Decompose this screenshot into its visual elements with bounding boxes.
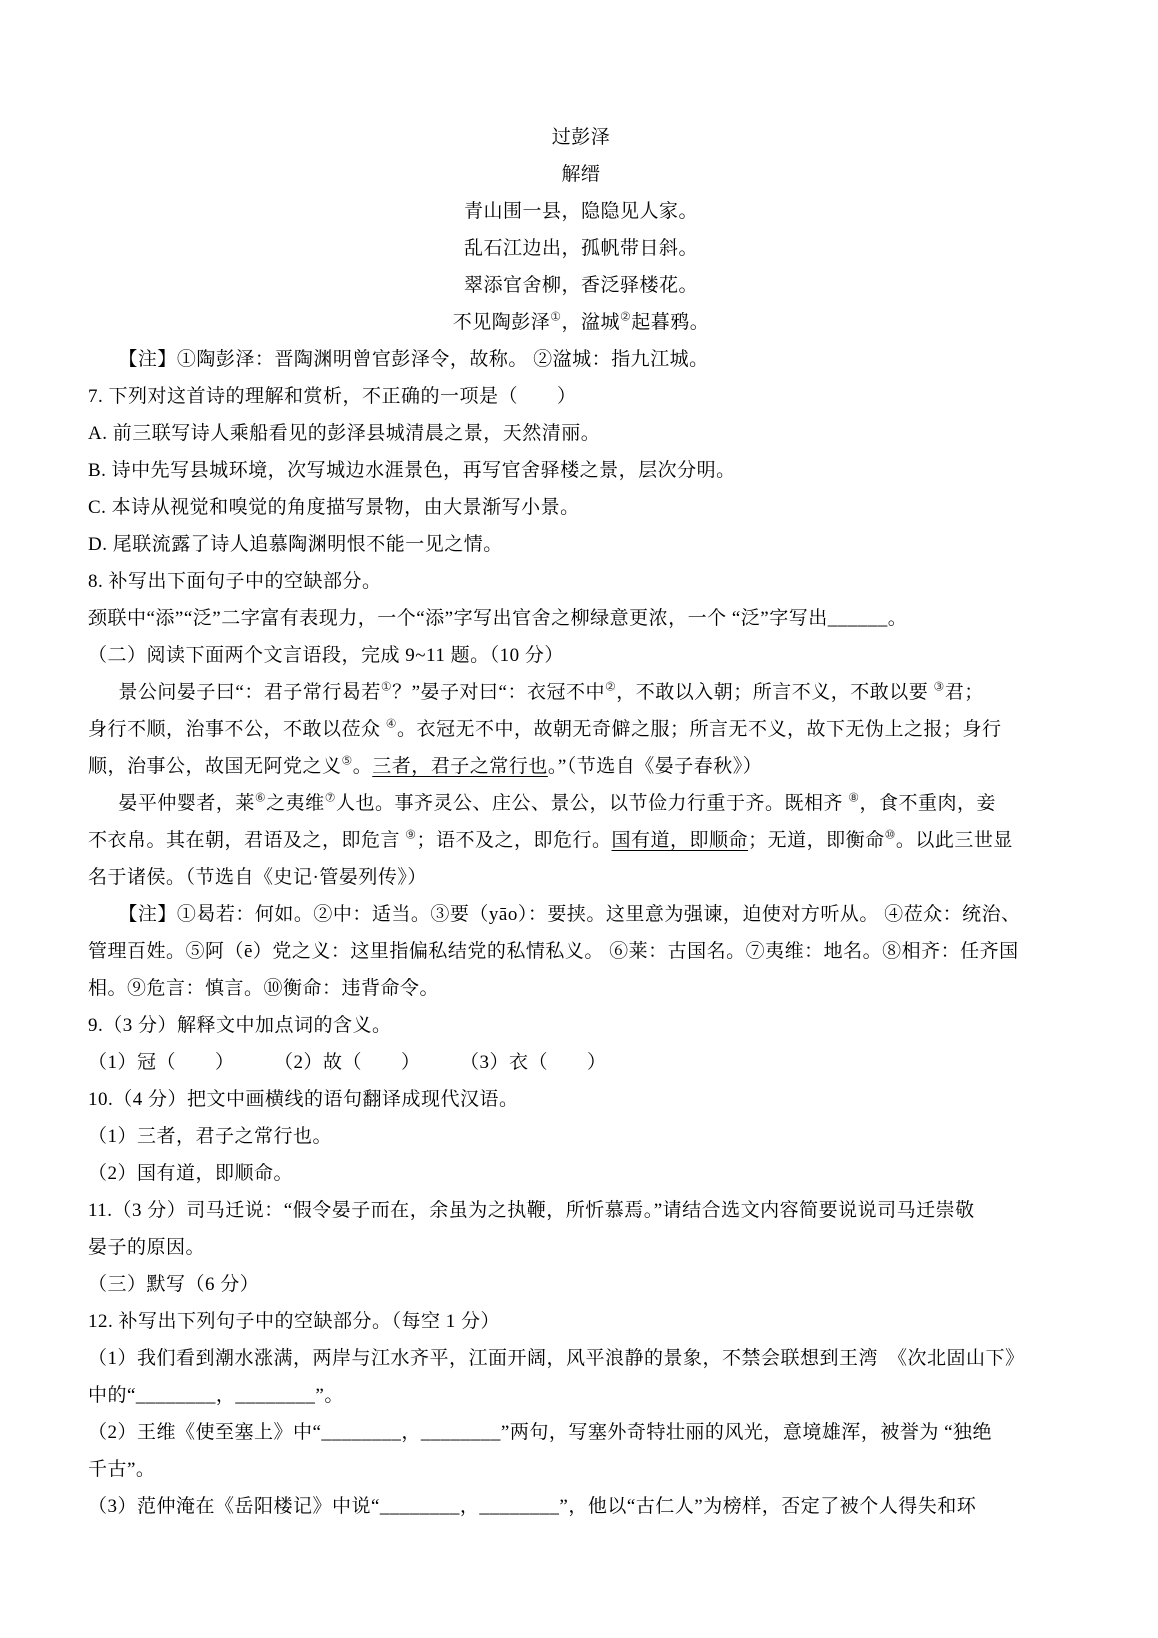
section-2-header: （二）阅读下面两个文言语段，完成 9~11 题。（10 分） (88, 637, 1074, 674)
section-3-header: （三）默写（6 分） (88, 1266, 1074, 1303)
passage-2-line-2: 不衣帛。其在朝，君语及之，即危言 ⑨；语不及之，即危行。国有道，即顺命；无道，即… (88, 822, 1074, 859)
q10-item-2: （2）国有道，即顺命。 (88, 1155, 1074, 1192)
poem-line-3: 翠添官舍柳，香泛驿楼花。 (88, 267, 1074, 304)
q9-items: （1）冠（ ） （2）故（ ） （3）衣（ ） (88, 1044, 1074, 1081)
q7-stem: 7. 下列对这首诗的理解和赏析，不正确的一项是（ ） (88, 378, 1074, 415)
q12-item-2-line-2: 千古”。 (88, 1451, 1074, 1488)
q8-prompt: 颈联中“添”“泛”二字富有表现力，一个“添”字写出官舍之柳绿意更浓，一个 “泛”… (88, 600, 1074, 637)
poem-line-1: 青山围一县，隐隐见人家。 (88, 193, 1074, 230)
q11-stem-line-2: 晏子的原因。 (88, 1229, 1074, 1266)
q12-item-3: （3）范仲淹在《岳阳楼记》中说“________，________”，他以“古仁… (88, 1488, 1074, 1525)
poem-note: 【注】①陶彭泽：晋陶渊明曾官彭泽令，故称。 ②湓城：指九江城。 (88, 341, 1074, 378)
poem-line-2: 乱石江边出，孤帆带日斜。 (88, 230, 1074, 267)
poem-title: 过彭泽 (88, 119, 1074, 156)
document-body: 过彭泽解缙青山围一县，隐隐见人家。乱石江边出，孤帆带日斜。翠添官舍柳，香泛驿楼花… (88, 119, 1074, 1525)
q10-stem: 10.（4 分）把文中画横线的语句翻译成现代汉语。 (88, 1081, 1074, 1118)
q7-option-c: C. 本诗从视觉和嗅觉的角度描写景物，由大景渐写小景。 (88, 489, 1074, 526)
passage-note-line-2: 管理百姓。⑤阿（ē）党之义：这里指偏私结党的私情私义。 ⑥莱：古国名。⑦夷维：地… (88, 933, 1074, 970)
q7-option-a: A. 前三联写诗人乘船看见的彭泽县城清晨之景，天然清丽。 (88, 415, 1074, 452)
passage-2-line-3: 名于诸侯。（节选自《史记·管晏列传》） (88, 859, 1074, 896)
passage-note-line-1: 【注】①曷若：何如。②中：适当。③要（yāo）：要挟。这里意为强谏，迫使对方听从… (88, 896, 1074, 933)
poem-line-4: 不见陶彭泽①，湓城②起暮鸦。 (88, 304, 1074, 341)
q8-stem: 8. 补写出下面句子中的空缺部分。 (88, 563, 1074, 600)
passage-1-line-1: 景公问晏子曰“：君子常行曷若①？”晏子对曰“：衣冠不中②，不敢以入朝；所言不义，… (88, 674, 1074, 711)
q12-item-2-line-1: （2）王维《使至塞上》中“________，________”两句，写塞外奇特壮… (88, 1414, 1074, 1451)
q9-stem: 9.（3 分）解释文中加点词的含义。 (88, 1007, 1074, 1044)
passage-2-line-1: 晏平仲婴者，莱⑥之夷维⑦人也。事齐灵公、庄公、景公，以节俭力行重于齐。既相齐 ⑧… (88, 785, 1074, 822)
poem-author: 解缙 (88, 156, 1074, 193)
q12-stem: 12. 补写出下列句子中的空缺部分。（每空 1 分） (88, 1303, 1074, 1340)
passage-note-line-3: 相。⑨危言：慎言。⑩衡命：违背命令。 (88, 970, 1074, 1007)
document-page: 过彭泽解缙青山围一县，隐隐见人家。乱石江边出，孤帆带日斜。翠添官舍柳，香泛驿楼花… (0, 0, 1158, 1638)
passage-1-line-3: 顺，治事公，故国无阿党之义⑤。三者，君子之常行也。”（节选自《晏子春秋》） (88, 748, 1074, 785)
q7-option-b: B. 诗中先写县城环境，次写城边水涯景色，再写官舍驿楼之景，层次分明。 (88, 452, 1074, 489)
q11-stem-line-1: 11.（3 分）司马迁说：“假令晏子而在，余虽为之执鞭，所忻慕焉。”请结合选文内… (88, 1192, 1074, 1229)
q7-option-d: D. 尾联流露了诗人追慕陶渊明恨不能一见之情。 (88, 526, 1074, 563)
passage-1-line-2: 身行不顺，治事不公，不敢以莅众 ④。衣冠无不中，故朝无奇僻之服；所言无不义，故下… (88, 711, 1074, 748)
q12-item-1-line-1: （1）我们看到潮水涨满，两岸与江水齐平，江面开阔，风平浪静的景象，不禁会联想到王… (88, 1340, 1074, 1377)
q10-item-1: （1）三者，君子之常行也。 (88, 1118, 1074, 1155)
q12-item-1-line-2: 中的“________，________”。 (88, 1377, 1074, 1414)
